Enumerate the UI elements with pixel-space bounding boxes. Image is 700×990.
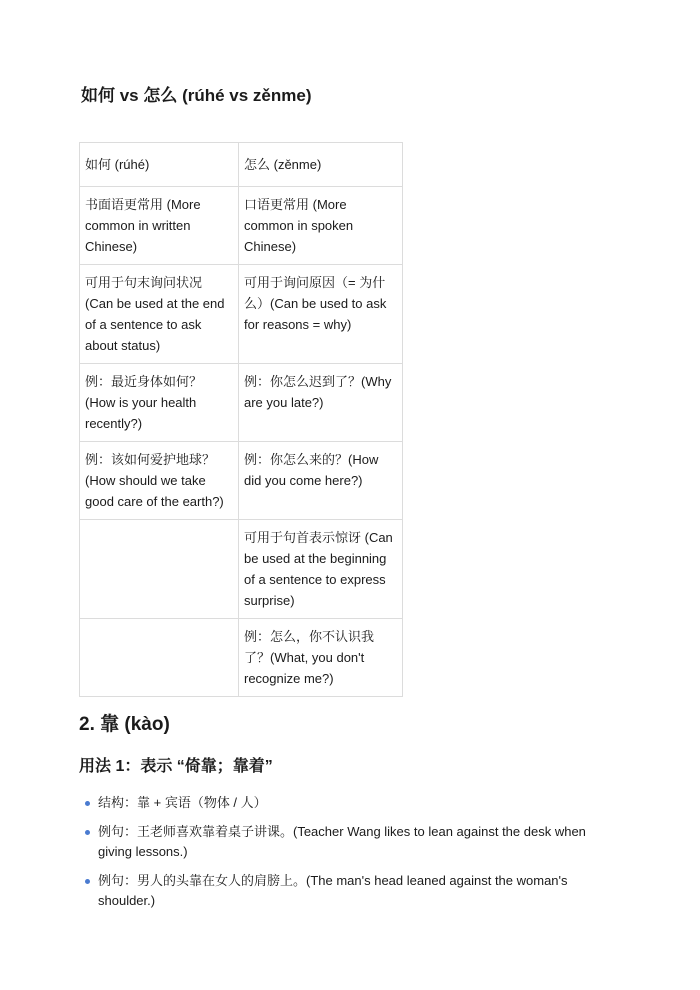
list-item-text: 例句：王老师喜欢靠着桌子讲课。(Teacher Wang likes to le… xyxy=(98,824,586,859)
table-cell: 可用于句末询问状况 (Can be used at the end of a s… xyxy=(80,265,239,364)
table-cell: 例：该如何爱护地球？(How should we take good care … xyxy=(80,442,239,520)
table-row: 可用于句首表示惊讶 (Can be used at the beginning … xyxy=(80,520,403,619)
table-cell: 可用于询问原因（= 为什么）(Can be used to ask for re… xyxy=(239,265,403,364)
list-item: 例句：王老师喜欢靠着桌子讲课。(Teacher Wang likes to le… xyxy=(79,822,609,862)
bullet-icon xyxy=(85,801,90,806)
list-item: 例句：男人的头靠在女人的肩膀上。(The man's head leaned a… xyxy=(79,871,609,911)
table-cell: 书面语更常用 (More common in written Chinese) xyxy=(80,187,239,265)
page-title: 如何 vs 怎么 (rúhé vs zěnme) xyxy=(81,86,622,106)
table-header-zenme: 怎么 (zěnme) xyxy=(239,143,403,187)
table-row: 例：该如何爱护地球？(How should we take good care … xyxy=(80,442,403,520)
section-heading-kao: 2. 靠 (kào) xyxy=(79,713,622,737)
table-cell: 例：怎么，你不认识我了？(What, you don't recognize m… xyxy=(239,619,403,697)
bullet-icon xyxy=(85,879,90,884)
table-header-ruhe: 如何 (rúhé) xyxy=(80,143,239,187)
table-cell: 口语更常用 (More common in spoken Chinese) xyxy=(239,187,403,265)
table-cell: 例：你怎么迟到了？(Why are you late?) xyxy=(239,364,403,442)
table-cell-empty xyxy=(80,619,239,697)
table-row: 例：怎么，你不认识我了？(What, you don't recognize m… xyxy=(80,619,403,697)
list-item-text: 结构：靠 + 宾语（物体 / 人） xyxy=(98,795,267,810)
bullet-icon xyxy=(85,830,90,835)
table-cell: 例：最近身体如何？(How is your health recently?) xyxy=(80,364,239,442)
table-cell: 例：你怎么来的？(How did you come here?) xyxy=(239,442,403,520)
table-row: 书面语更常用 (More common in written Chinese) … xyxy=(80,187,403,265)
document-page: 如何 vs 怎么 (rúhé vs zěnme) 如何 (rúhé) 怎么 (z… xyxy=(0,0,700,990)
comparison-table: 如何 (rúhé) 怎么 (zěnme) 书面语更常用 (More common… xyxy=(79,142,403,697)
usage-bullet-list: 结构：靠 + 宾语（物体 / 人） 例句：王老师喜欢靠着桌子讲课。(Teache… xyxy=(79,793,622,911)
table-cell-empty xyxy=(80,520,239,619)
table-cell: 可用于句首表示惊讶 (Can be used at the beginning … xyxy=(239,520,403,619)
list-item: 结构：靠 + 宾语（物体 / 人） xyxy=(79,793,609,813)
table-row: 例：最近身体如何？(How is your health recently?) … xyxy=(80,364,403,442)
usage-subheading: 用法 1：表示 “倚靠；靠着” xyxy=(79,756,622,778)
table-row: 可用于句末询问状况 (Can be used at the end of a s… xyxy=(80,265,403,364)
list-item-text: 例句：男人的头靠在女人的肩膀上。(The man's head leaned a… xyxy=(98,873,568,908)
table-header-row: 如何 (rúhé) 怎么 (zěnme) xyxy=(80,143,403,187)
